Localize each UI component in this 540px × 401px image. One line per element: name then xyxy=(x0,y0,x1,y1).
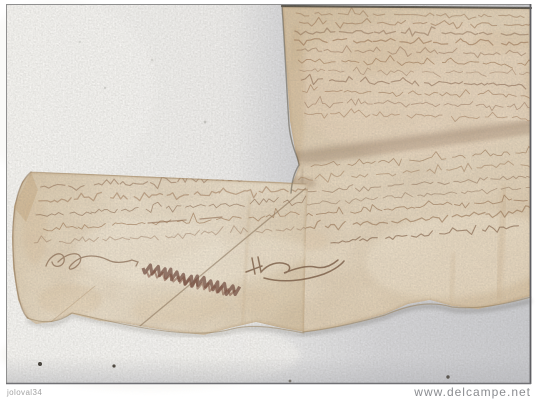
scanned-photo-of-parchment: joloval34 www.delcampe.net xyxy=(0,0,540,401)
photo-grain xyxy=(7,5,530,383)
watermark-site-url: www.delcampe.net xyxy=(414,385,531,399)
watermark-seller-id: joloval34 xyxy=(7,388,42,397)
manuscript-photo-canvas xyxy=(0,0,540,401)
